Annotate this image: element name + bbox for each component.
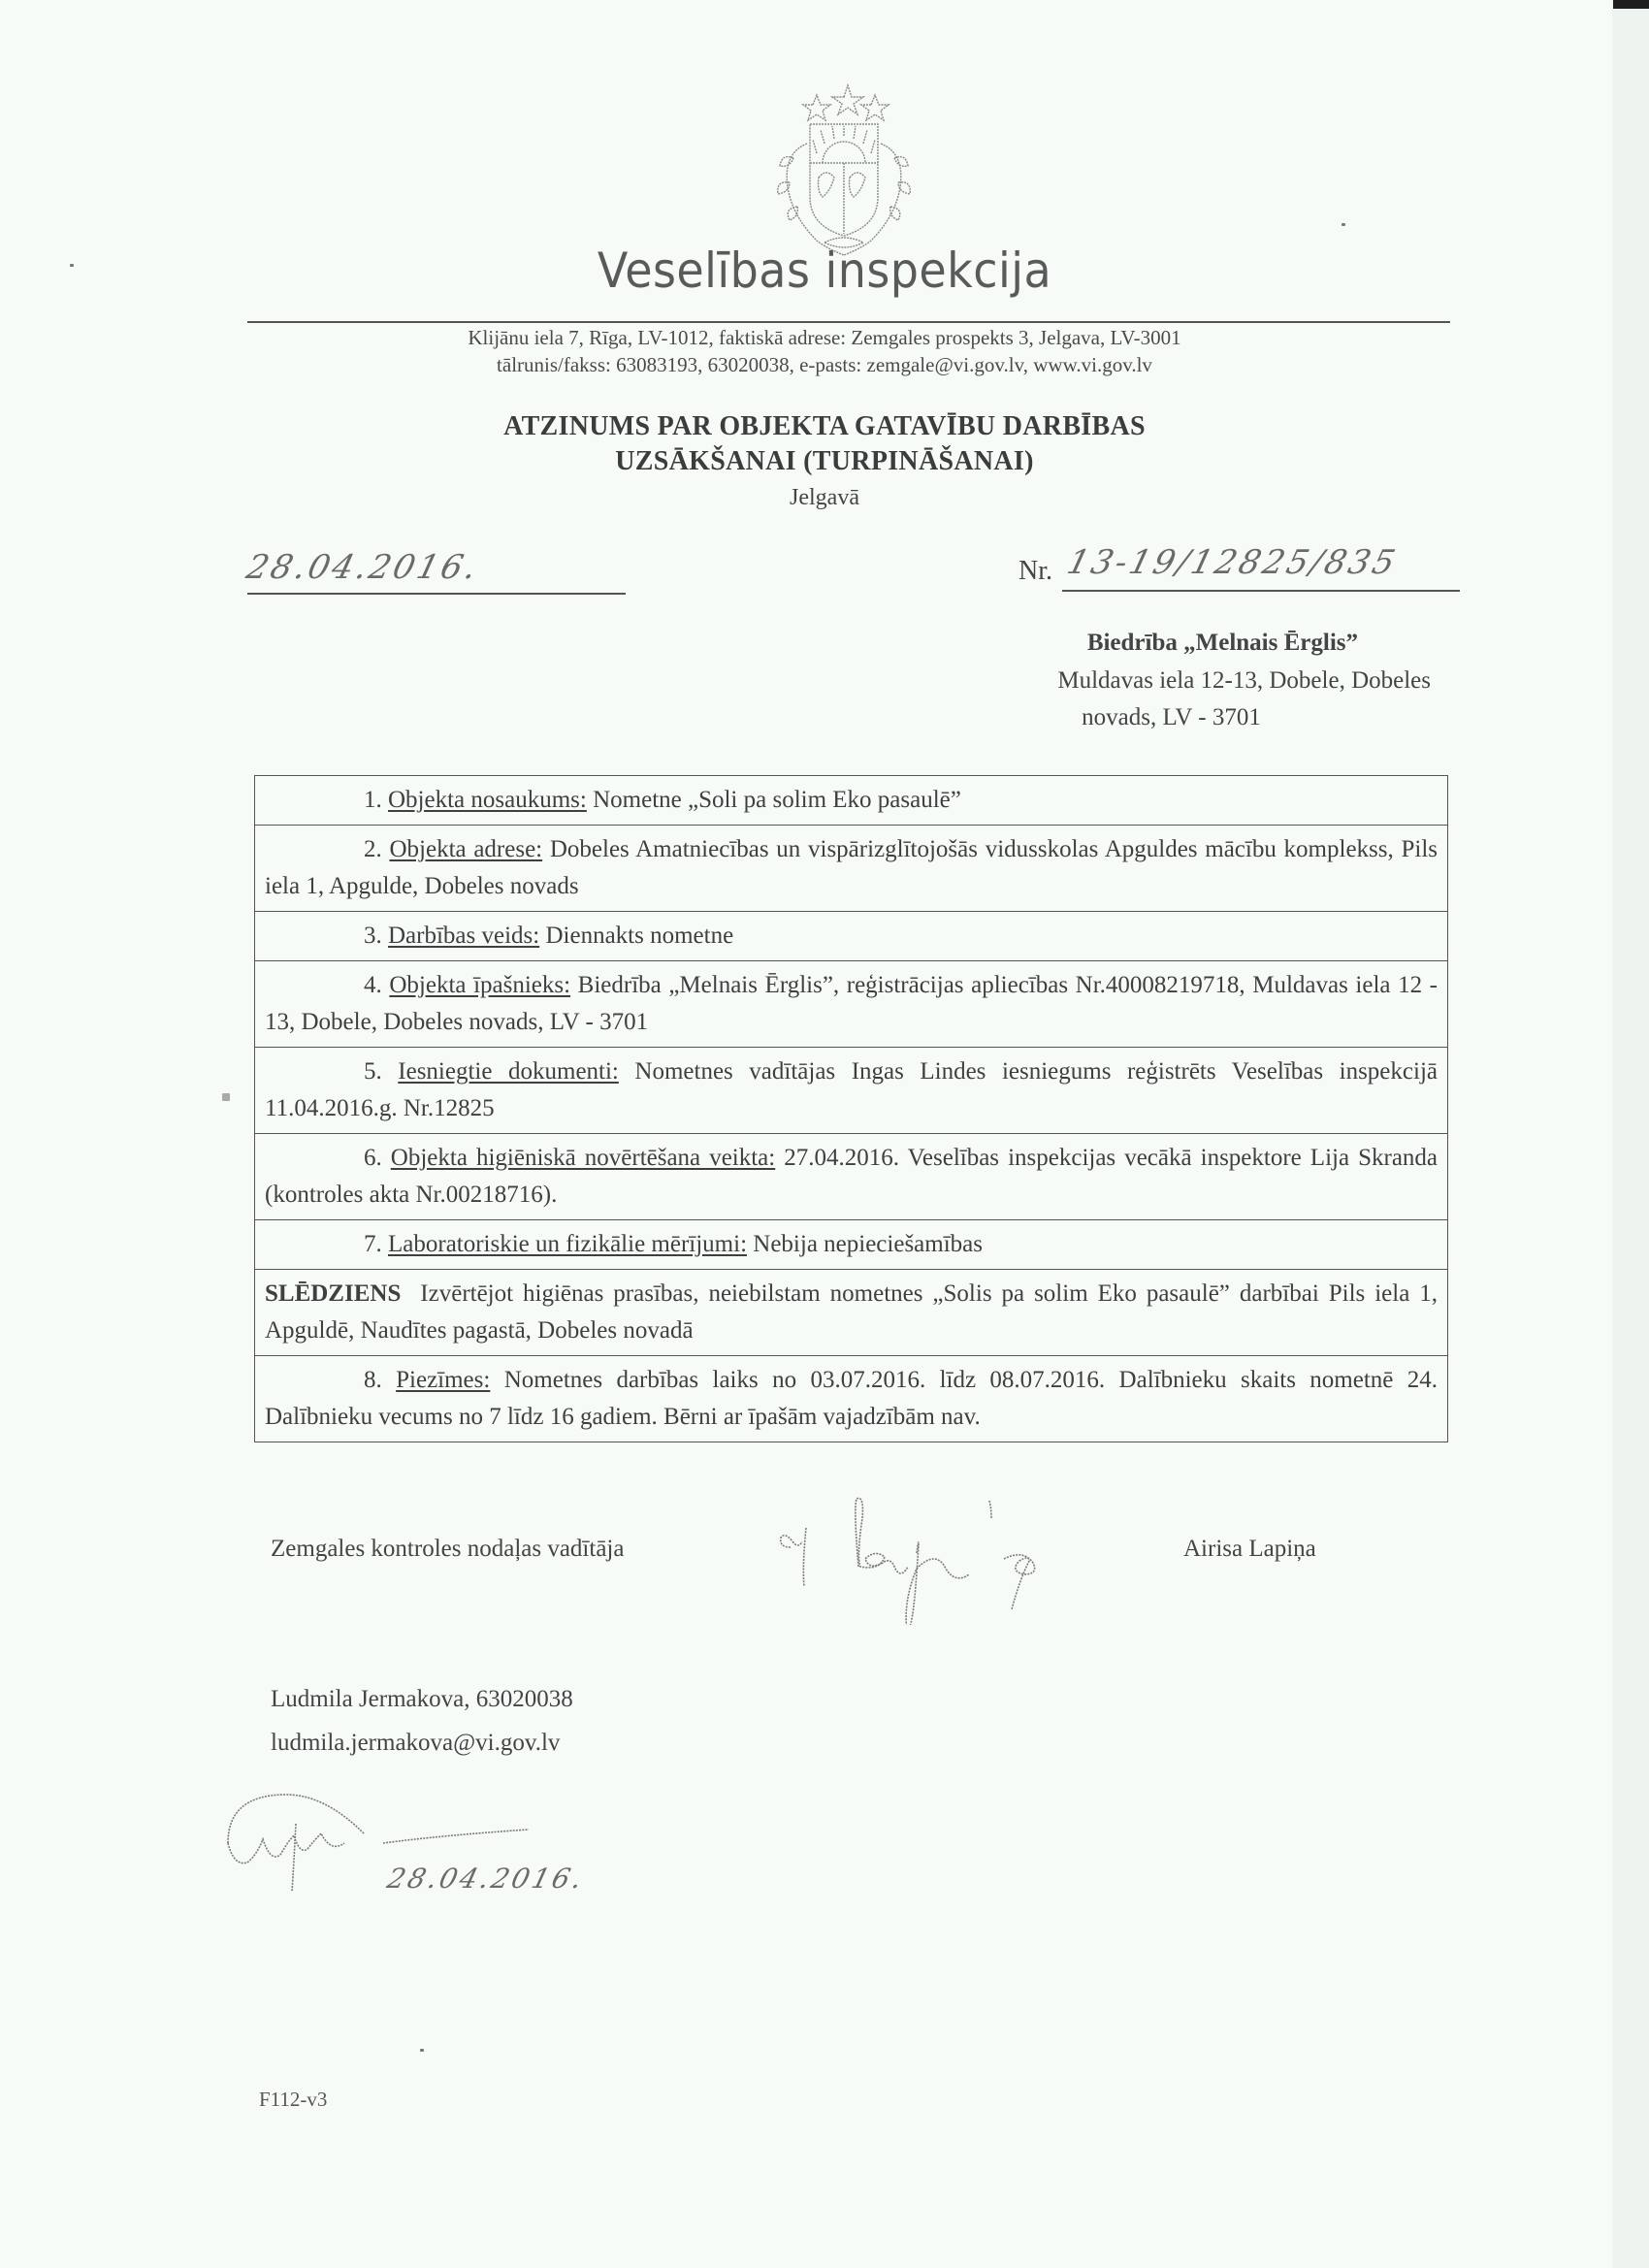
organization-contacts: tālrunis/fakss: 63083193, 63020038, e-pa… [0, 353, 1649, 377]
scan-speck [1342, 223, 1345, 226]
document-number-handwritten: 13-19/12825/835 [1063, 543, 1402, 582]
signatory-name: Airisa Lapiņa [1183, 1536, 1316, 1563]
contact-email: ludmila.jermakova@vi.gov.lv [271, 1730, 560, 1757]
form-code: F112-v3 [259, 2088, 327, 2112]
handwritten-signature-icon [771, 1489, 1120, 1625]
table-cell: 4. Objekta īpašnieks: Biedrība „Melnais … [255, 961, 1448, 1048]
conclusion-value: Izvērtējot higiēnas prasības, neiebilsta… [265, 1280, 1438, 1344]
receipt-date-handwritten: 28.04.2016. [384, 1863, 588, 1895]
table-row: 1. Objekta nosaukums: Nometne „Soli pa s… [255, 776, 1448, 826]
row-value: Nometne „Soli pa solim Eko pasaulē” [593, 787, 961, 813]
row-value: Nebija nepieciešamības [753, 1231, 983, 1257]
table-cell: 7. Laboratoriskie un fizikālie mērījumi:… [255, 1220, 1448, 1270]
document-number-label: Nr. [1018, 556, 1052, 587]
table-cell: 3. Darbības veids: Diennakts nometne [255, 912, 1448, 961]
header-divider [247, 321, 1450, 323]
table-cell: 1. Objekta nosaukums: Nometne „Soli pa s… [255, 776, 1448, 826]
receipt-date-field: 28.04.2016. [388, 1863, 584, 1895]
assessment-table: 1. Objekta nosaukums: Nometne „Soli pa s… [254, 775, 1448, 1442]
table-row: 5. Iesniegtie dokumenti: Nometnes vadītā… [255, 1048, 1448, 1134]
row-label: Darbības veids: [388, 923, 539, 949]
table-row: 3. Darbības veids: Diennakts nometne [255, 912, 1448, 961]
recipient-name: Biedrība „Melnais Ērglis” [912, 630, 1431, 657]
contact-person: Ludmila Jermakova, 63020038 [271, 1686, 573, 1713]
row-value: Diennakts nometne [545, 923, 733, 949]
table-cell: 5. Iesniegtie dokumenti: Nometnes vadītā… [255, 1048, 1448, 1134]
scan-edge-corner [1613, 0, 1649, 9]
recipient-address-line1: Muldavas iela 12-13, Dobele, Dobeles [912, 667, 1431, 695]
organization-name: Veselības inspekcija [66, 243, 1583, 299]
table-row: 4. Objekta īpašnieks: Biedrība „Melnais … [255, 961, 1448, 1048]
row-label: Iesniegtie dokumenti: [398, 1058, 619, 1085]
table-row: 2. Objekta adrese: Dobeles Amatniecības … [255, 826, 1448, 912]
row-number: 6. [364, 1145, 382, 1171]
table-cell: 8. Piezīmes: Nometnes darbības laiks no … [255, 1356, 1448, 1442]
row-number: 3. [364, 923, 382, 949]
document-number-field: 13-19/12825/835 [1062, 543, 1460, 592]
row-number: 2. [364, 836, 382, 862]
scan-speck [222, 1093, 230, 1101]
conclusion-label: SLĒDZIENS [265, 1280, 401, 1307]
row-number: 1. [364, 787, 382, 813]
recipient-address-line2: novads, LV - 3701 [912, 704, 1431, 731]
notes-row: 8. Piezīmes: Nometnes darbības laiks no … [255, 1356, 1448, 1442]
row-number: 8. [364, 1367, 382, 1393]
row-label: Laboratoriskie un fizikālie mērījumi: [388, 1231, 747, 1257]
row-label: Objekta higiēniskā novērtēšana veikta: [391, 1145, 775, 1171]
document-title-line1: ATZINUMS PAR OBJEKTA GATAVĪBU DARBĪBAS [0, 411, 1649, 442]
row-label: Objekta adrese: [389, 836, 542, 862]
scan-speck [420, 2049, 424, 2052]
row-label: Objekta īpašnieks: [389, 972, 570, 998]
document-date-handwritten: 28.04.2016. [242, 548, 483, 587]
row-number: 5. [364, 1058, 382, 1085]
table-cell: 6. Objekta higiēniskā novērtēšana veikta… [255, 1134, 1448, 1220]
signatory-role: Zemgales kontroles nodaļas vadītāja [271, 1536, 624, 1563]
document-date-field: 28.04.2016. [247, 548, 626, 595]
document-place: Jelgavā [0, 485, 1649, 511]
organization-address: Klijānu iela 7, Rīga, LV-1012, faktiskā … [0, 326, 1649, 350]
row-label: Objekta nosaukums: [388, 787, 587, 813]
table-row: 7. Laboratoriskie un fizikālie mērījumi:… [255, 1220, 1448, 1270]
conclusion-row: SLĒDZIENS Izvērtējot higiēnas prasības, … [255, 1270, 1448, 1356]
row-number: 7. [364, 1231, 382, 1257]
row-number: 4. [364, 972, 382, 998]
document-title-line2: UZSĀKŠANAI (TURPINĀŠANAI) [0, 446, 1649, 477]
row-label: Piezīmes: [396, 1367, 490, 1393]
table-cell: 2. Objekta adrese: Dobeles Amatniecības … [255, 826, 1448, 912]
scan-speck [70, 264, 74, 267]
latvia-coat-of-arms-icon [757, 76, 931, 260]
table-row: 6. Objekta higiēniskā novērtēšana veikta… [255, 1134, 1448, 1220]
table-cell: SLĒDZIENS Izvērtējot higiēnas prasības, … [255, 1270, 1448, 1356]
